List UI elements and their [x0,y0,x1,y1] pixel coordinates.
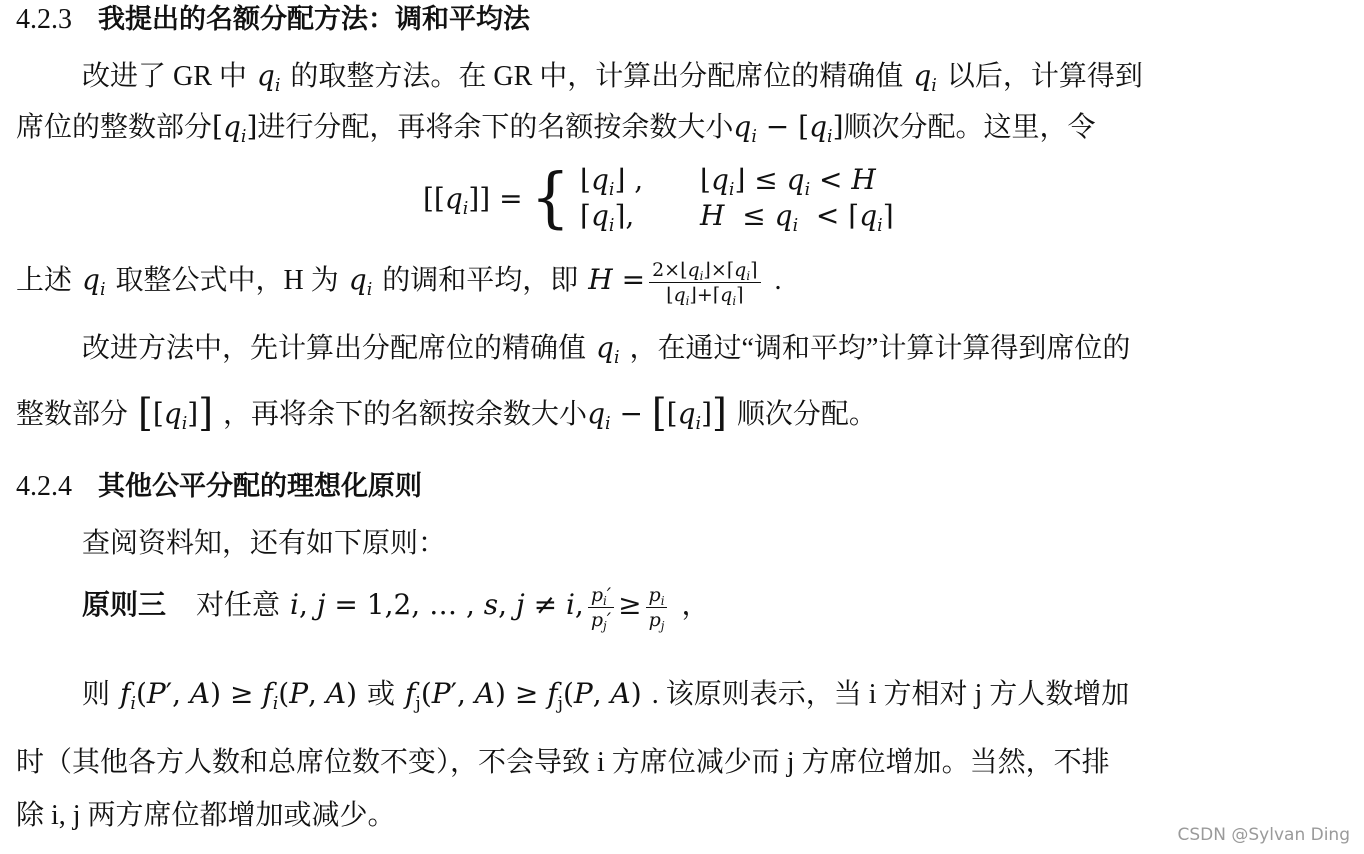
text: 以后，计算得到 [947,61,1143,92]
text: ， [681,590,709,621]
text: 席位的整数部分 [16,112,212,143]
text: 改进了 GR 中 [82,61,247,92]
paragraph-1-line-2: 席位的整数部分[qi]进行分配，再将余下的名额按余数大小qi − [qi]顺次分… [16,110,1096,145]
math-H: H [588,263,612,296]
text: 整数部分 [16,399,128,430]
text: 对任意 [196,590,280,621]
paragraph-1-line-1: 改进了 GR 中qi的取整方法。在 GR 中，计算出分配席位的精确值qi以后，计… [82,59,1143,94]
intro-line: 查阅资料知，还有如下原则： [82,527,446,561]
ratio-fraction-new: pi′pj′ [588,584,614,631]
text: ，再将余下的名额按余数大小 [223,399,587,430]
explanation-line-3: 除 i, j 两方席位都增加或减少。 [16,799,396,833]
text: 进行分配，再将余下的名额按余数大小 [257,112,733,143]
math-rounded-q-i: [[qi]] [138,397,213,430]
math-expr-1: fi(P′, A) ≥ fi(P, A) [120,677,357,710]
section-number: 4.2.3 [16,4,72,35]
text: 的取整方法。在 GR 中，计算出分配席位的精确值 [290,61,903,92]
math-condition: i, j = 1,2, … , s, j ≠ i, [290,588,584,621]
section-number: 4.2.4 [16,471,72,502]
math-remainder: qi − [qi] [733,112,843,143]
piecewise-formula: [[qi]] = { ⌊qi⌋ , ⌊qi⌋ ≤ qi < H ⌈qi⌉, H … [423,158,910,238]
math-floor-q-i: [qi] [212,110,257,143]
watermark: CSDN @Sylvan Ding [1178,825,1350,845]
math-q-i: qi [596,331,620,364]
math-q-i: qi [82,263,106,296]
section-title: 我提出的名额分配方法：调和平均法 [98,4,530,35]
text: . [775,265,782,296]
case-2-condition: H ≤ qi < ⌈qi⌉ [700,199,910,233]
section-heading-4-2-4: 4.2.4其他公平分配的理想化原则 [16,470,422,504]
principle-3: 原则三对任意i, j = 1,2, … , s, j ≠ i,pi′pj′≥pi… [82,583,710,631]
text: 则 [82,679,110,710]
text: 的调和平均，即 [382,265,578,296]
math-q-i: qi [257,59,281,92]
case-2-value: ⌈qi⌉, [580,199,700,233]
principle-then-line: 则fi(P′, A) ≥ fi(P, A)或fj(P′, A) ≥ fj(P, … [82,677,1129,712]
paragraph-3-line-2: 整数部分[[qi]]，再将余下的名额按余数大小qi − [[qi]]顺次分配。 [16,396,877,432]
text: . 该原则表示，当 i 方相对 j 方人数增加 [652,679,1130,710]
section-heading-4-2-3: 4.2.3我提出的名额分配方法：调和平均法 [16,3,530,37]
ratio-fraction-old: pipj [646,584,668,631]
paragraph-3-line-1: 改进方法中，先计算出分配席位的精确值qi，在通过“调和平均”计算计算得到席位的 [82,331,1130,366]
section-title: 其他公平分配的理想化原则 [98,471,422,502]
case-1-value: ⌊qi⌋ , [580,163,700,197]
formula-lhs: [[qi]] = [423,182,523,215]
text: 上述 [16,265,72,296]
math-expr-2: fj(P′, A) ≥ fj(P, A) [405,677,642,710]
text: 顺次分配。 [737,399,877,430]
text: 顺次分配。这里，令 [844,112,1096,143]
case-1-condition: ⌊qi⌋ ≤ qi < H [700,163,910,197]
math-q-i: qi [913,59,937,92]
formula-cases: ⌊qi⌋ , ⌊qi⌋ ≤ qi < H ⌈qi⌉, H ≤ qi < ⌈qi⌉ [580,163,910,233]
text: 取整公式中，H 为 [116,265,339,296]
explanation-line-2: 时（其他各方人数和总席位数不变），不会导致 i 方席位减少而 j 方席位增加。当… [16,746,1110,780]
text: 改进方法中，先计算出分配席位的精确值 [82,333,586,364]
principle-label: 原则三 [82,588,166,621]
left-brace: { [531,165,570,230]
math-q-i: qi [349,263,373,296]
math-remainder: qi − [[qi]] [587,397,727,430]
paragraph-2: 上述qi取整公式中，H 为qi的调和平均，即H =2×⌊qi⌋×⌈qi⌉⌊qi⌋… [16,258,782,306]
text: ，在通过“调和平均”计算计算得到席位的 [630,333,1131,364]
harmonic-mean-fraction: 2×⌊qi⌋×⌈qi⌉⌊qi⌋+⌈qi⌉ [649,259,760,306]
text: 或 [367,679,395,710]
